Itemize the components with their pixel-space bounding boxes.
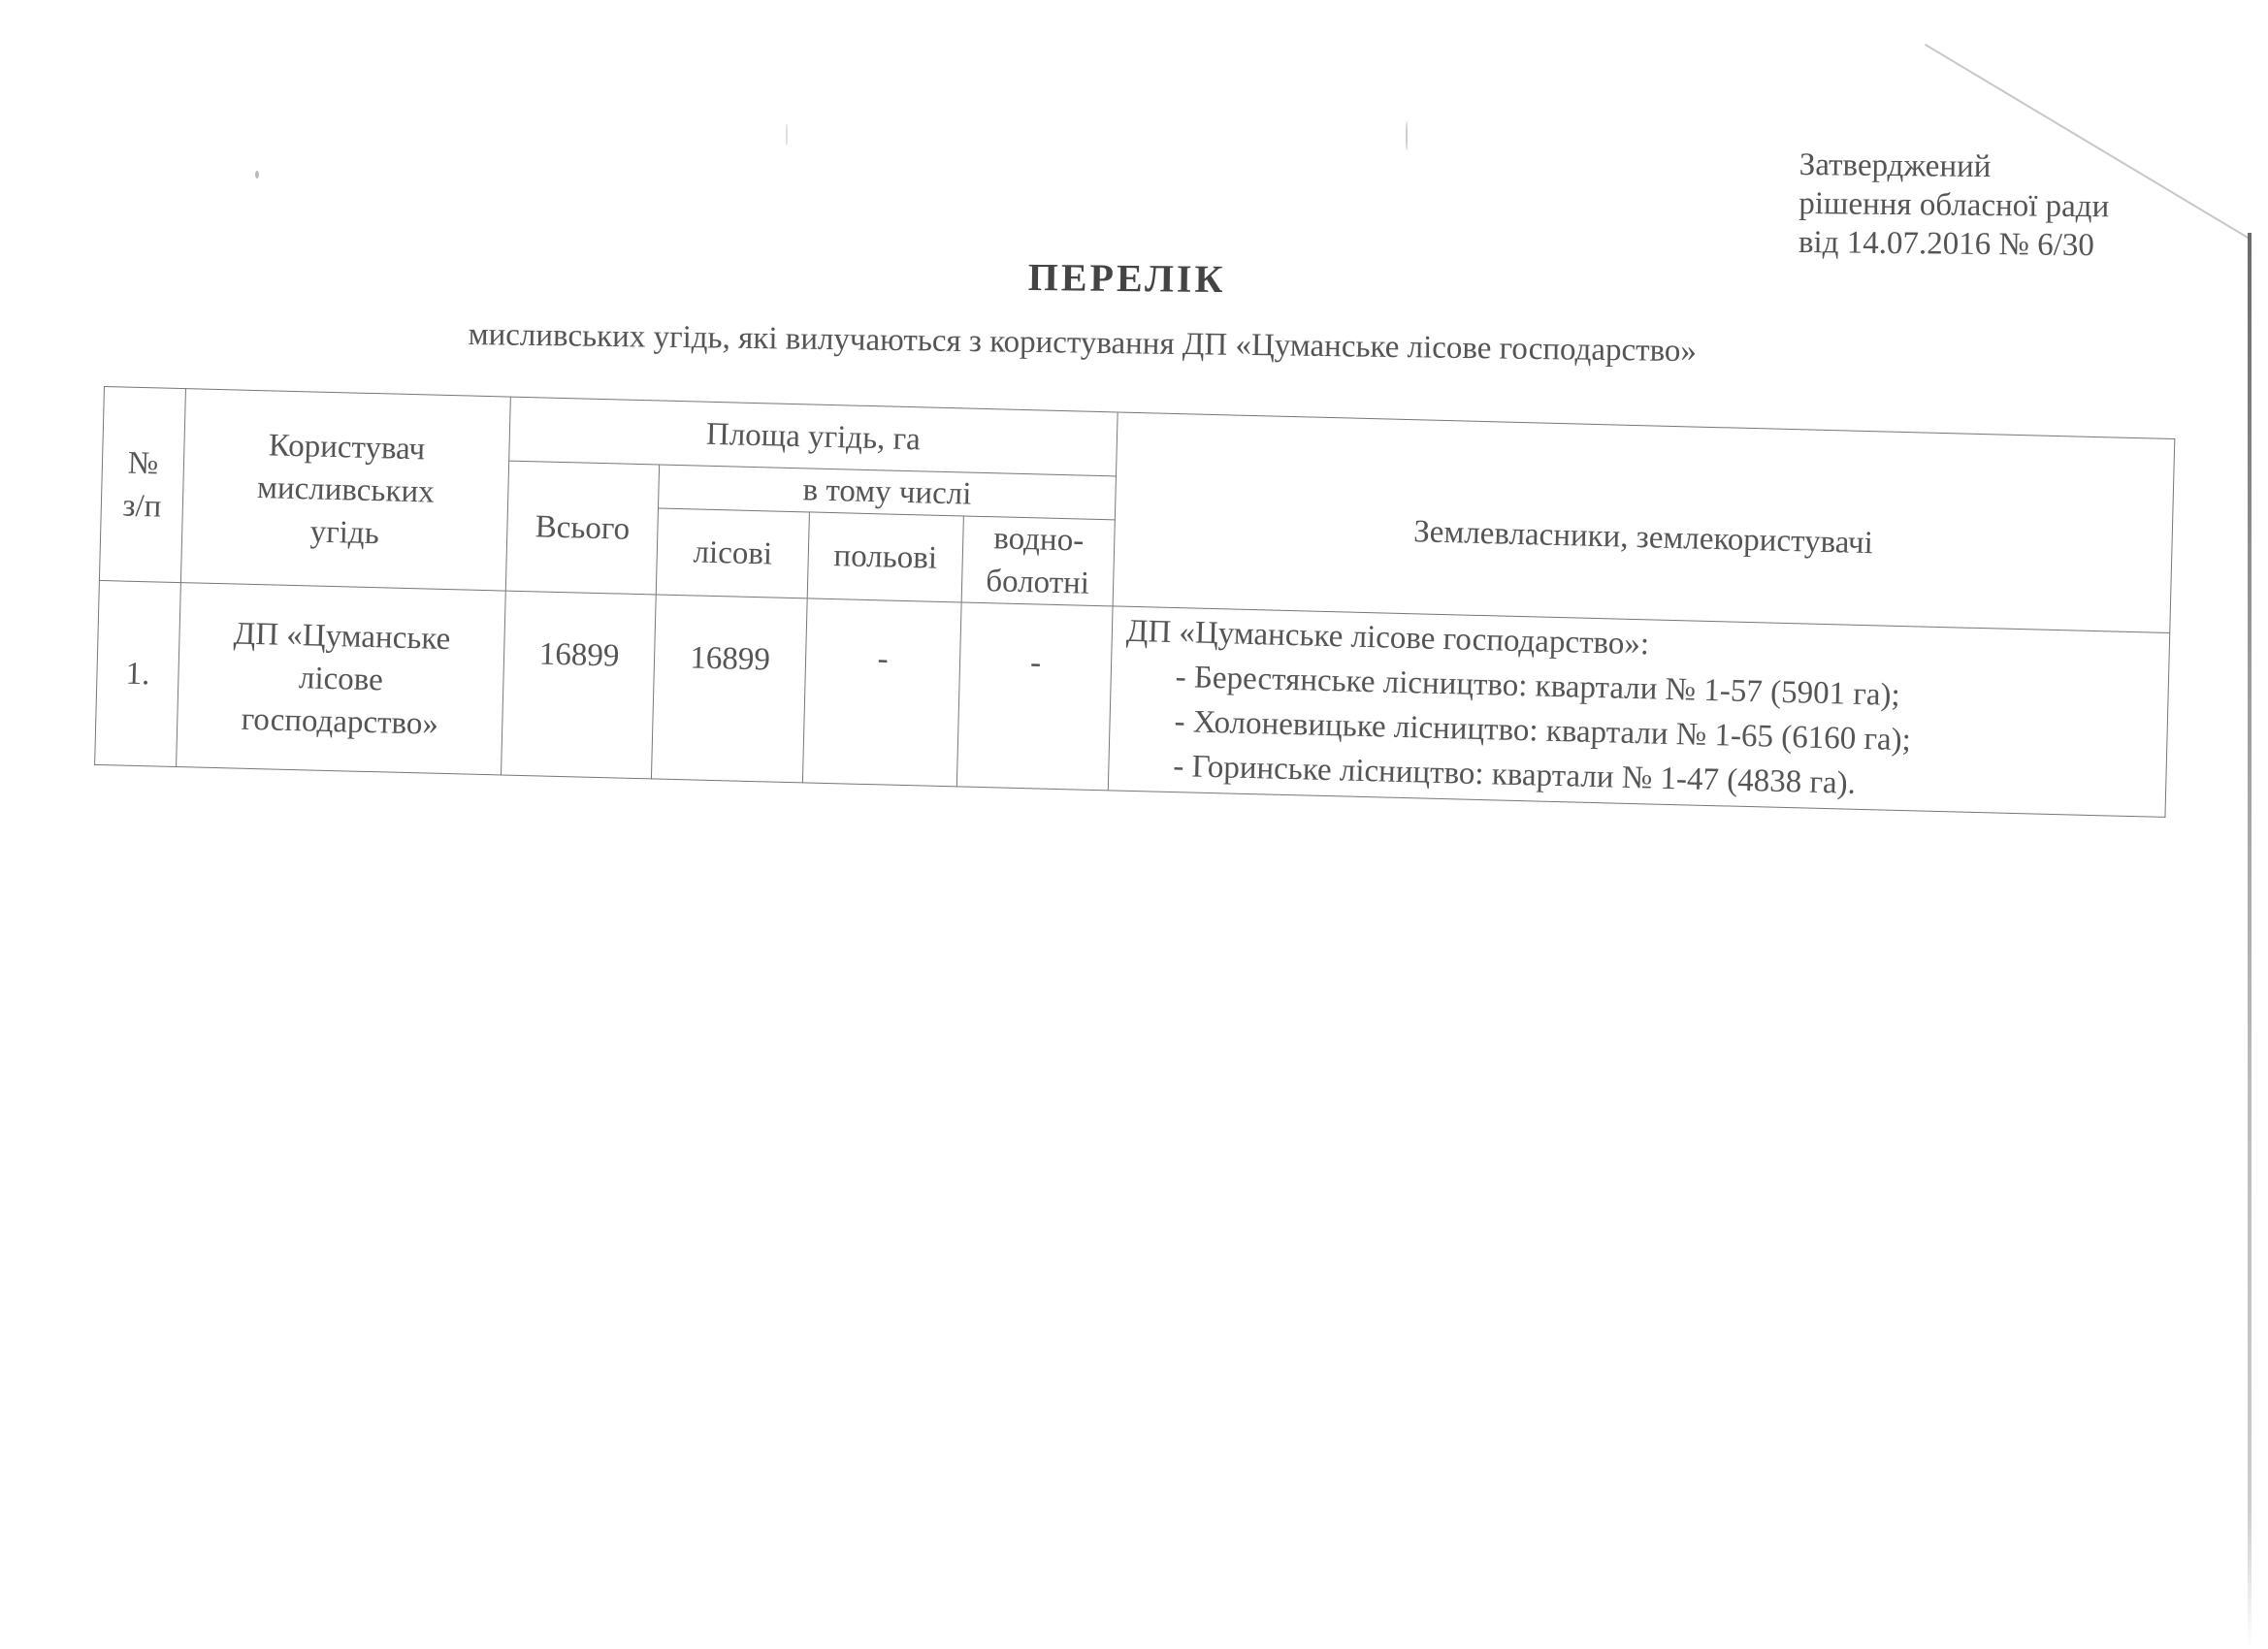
cell-forest: 16899: [651, 595, 807, 783]
header-user-line: угідь: [182, 507, 507, 558]
cell-field: -: [802, 598, 961, 787]
document-subtitle: мисливських угідь, які вилучаються з кор…: [468, 317, 1697, 370]
document-title: ПЕРЕЛІК: [1028, 254, 1226, 302]
approval-line: Затверджений: [1799, 145, 2110, 187]
header-owners: Землевласники, землекористувачі: [1113, 412, 2175, 633]
header-field: польові: [807, 512, 963, 602]
scan-speck: [255, 171, 259, 178]
approval-line: від 14.07.2016 № 6/30: [1798, 223, 2109, 265]
header-wetland-line: водно-: [963, 516, 1115, 563]
cell-owners: ДП «Цуманське лісове господарство»: - Бе…: [1108, 606, 2169, 818]
approval-stamp-text: Затверджений рішення обласної ради від 1…: [1798, 145, 2110, 265]
header-num-symbol: №: [102, 441, 183, 486]
scan-mark: [1406, 121, 1408, 150]
header-forest: лісові: [656, 508, 809, 598]
header-user: Користувач мисливських угідь: [180, 389, 510, 591]
approval-line: рішення обласної ради: [1798, 184, 2109, 226]
header-num: № з/п: [99, 387, 185, 583]
cell-num: 1.: [95, 580, 181, 766]
cell-total: 16899: [501, 591, 656, 779]
cell-user: ДП «Цуманське лісове господарство»: [177, 583, 506, 775]
cell-user-line: господарство»: [178, 696, 502, 747]
cell-wetland: -: [956, 602, 1113, 791]
hunting-grounds-table: № з/п Користувач мисливських угідь Площа…: [94, 386, 2175, 818]
header-wetland-line: болотні: [962, 559, 1114, 605]
header-num-label: з/п: [101, 483, 182, 528]
page-edge-shadow: [2248, 233, 2252, 1649]
header-total: Всього: [505, 461, 659, 595]
header-wetland: водно- болотні: [961, 516, 1115, 606]
scan-mark: [786, 124, 788, 145]
